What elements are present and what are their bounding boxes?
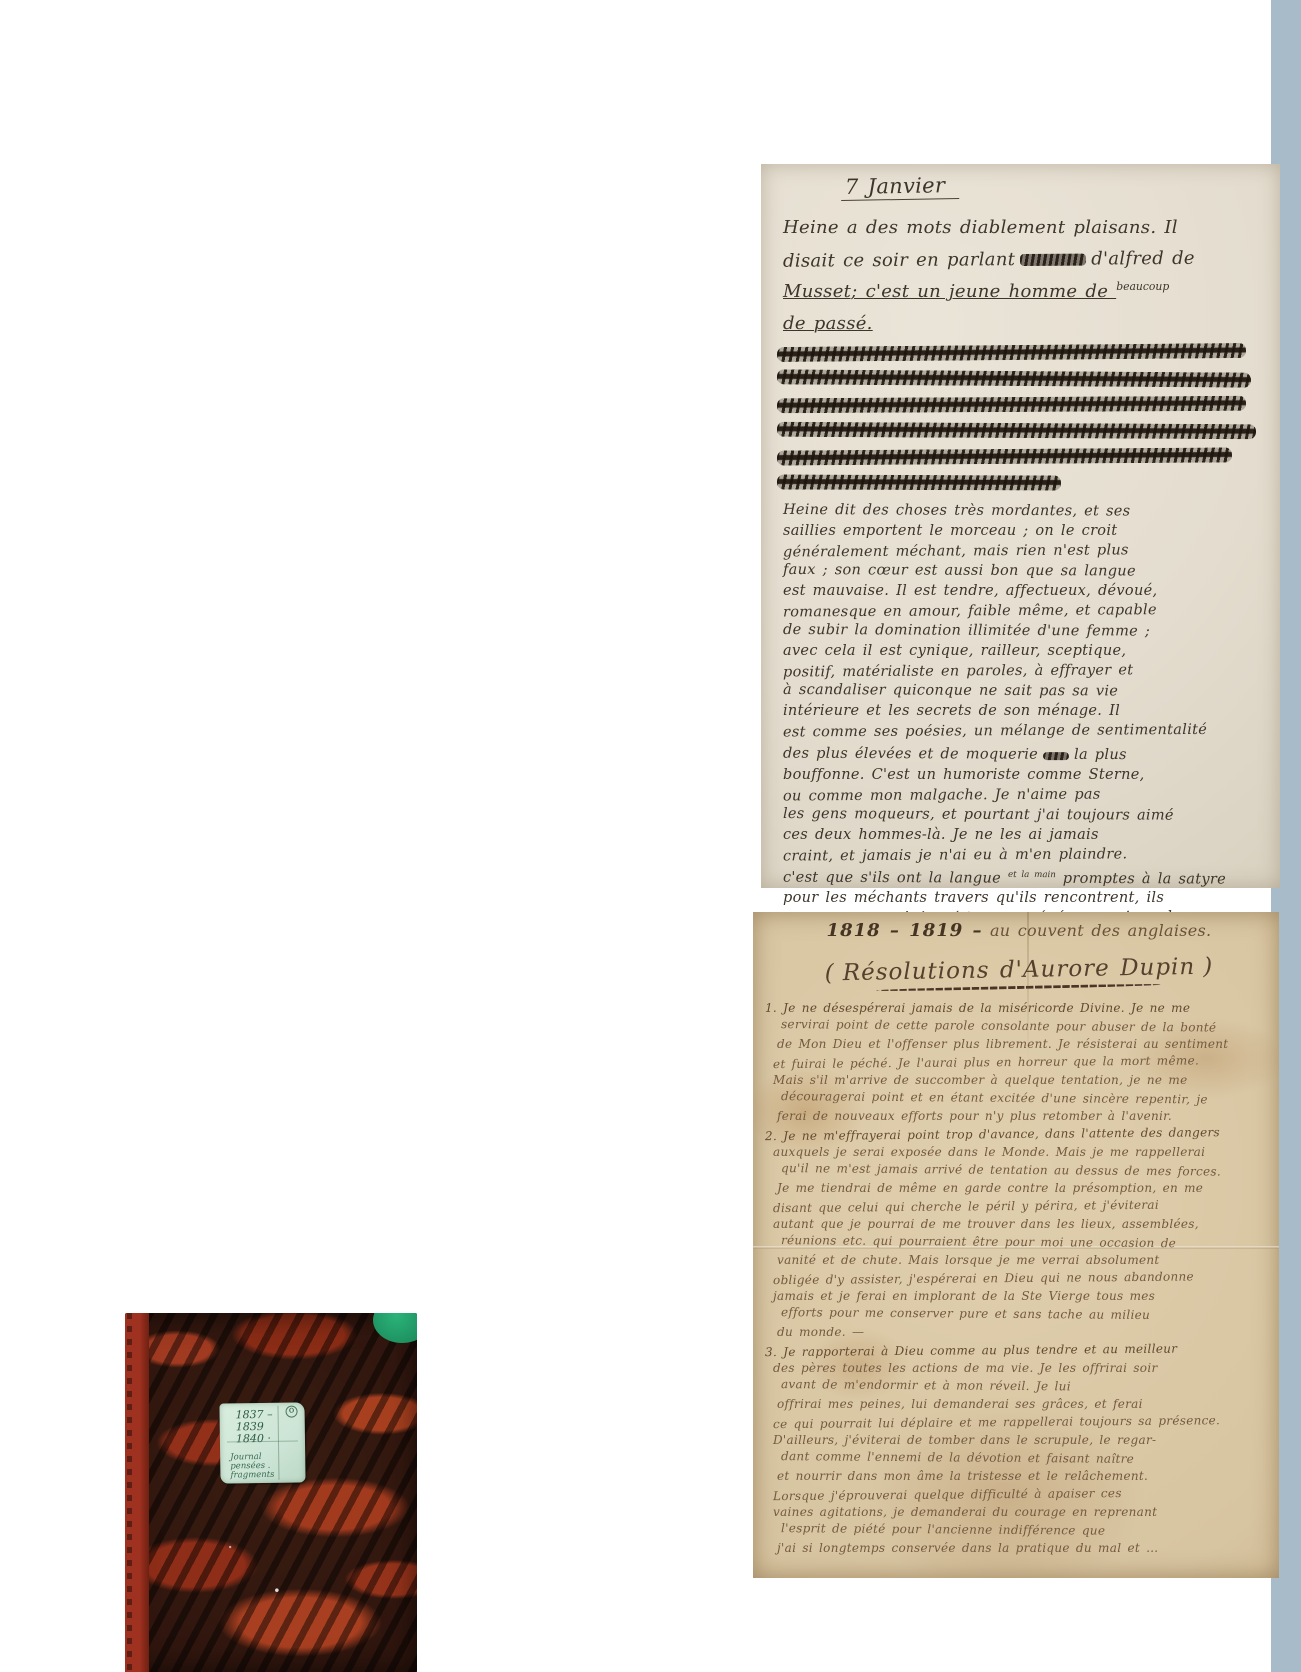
resolutions-body-line: Mais s'il m'arrive de succomber à quelqu… — [773, 1071, 1265, 1089]
resolutions-body-line: dant comme l'ennemi de la dévotion et fa… — [781, 1447, 1265, 1469]
scratched-line — [777, 475, 1061, 491]
resolutions-body-line: D'ailleurs, j'éviterai de tomber dans le… — [773, 1431, 1265, 1449]
resolutions-body-line: qu'il ne m'est jamais arrivé de tentatio… — [781, 1159, 1265, 1181]
journal-body-line: bouffonne. C'est un humoriste comme Ster… — [783, 765, 1266, 785]
label-caption-line: fragments — [230, 1470, 305, 1480]
journal-body-line: positif, matérialiste en paroles, à effr… — [783, 660, 1266, 683]
resolutions-body-line: efforts pour me conserver pure et sans t… — [781, 1303, 1265, 1325]
green-corner-mark — [373, 1313, 417, 1343]
resolutions-body-line: autant que je pourrai de me trouver dans… — [773, 1215, 1265, 1233]
notebook-cover-scan: o 1837 –18391840 · Journalpensées .fragm… — [125, 1313, 417, 1672]
resolutions-body: 1. Je ne désespérerai jamais de la misér… — [773, 999, 1265, 1557]
journal-date-heading: 7 Janvier — [841, 173, 960, 201]
resolutions-body-line: jamais et je ferai en implorant de la St… — [773, 1287, 1265, 1305]
label-caption: Journalpensées .fragments — [220, 1444, 305, 1480]
journal-body-line: craint, et jamais je n'ai eu à m'en plai… — [783, 843, 1266, 866]
journal-intro-line: Musset; c'est un jeune homme de beaucoup — [783, 273, 1266, 305]
resolutions-body-line: 3. Je rapporterai à Dieu comme au plus t… — [765, 1339, 1265, 1361]
journal-body-line: c'est que s'ils ont la langue et la main… — [783, 864, 1266, 890]
journal-body-line: généralement méchant, mais rien n'est pl… — [783, 540, 1266, 563]
resolutions-body-line: réunions etc. qui pourraient être pour m… — [781, 1231, 1265, 1253]
journal-body-line: faux ; son cœur est aussi bon que sa lan… — [783, 560, 1266, 582]
scratched-line — [777, 396, 1247, 413]
journal-body-line: de subir la domination illimitée d'une f… — [783, 620, 1266, 642]
journal-intro: Heine a des mots diablement plaisans. Il… — [783, 209, 1266, 337]
scratched-line — [777, 422, 1256, 440]
journal-body-line: des plus élevées et de moqueriela plus — [783, 740, 1266, 766]
scratched-line — [777, 369, 1251, 387]
journal-body-line: saillies emportent le morceau ; on le cr… — [783, 521, 1266, 541]
resolutions-body-line: vaines agitations, je demanderai du cour… — [773, 1503, 1265, 1521]
resolutions-body-line: 1. Je ne désespérerai jamais de la misér… — [765, 999, 1265, 1017]
journal-body-line: ou comme mon malgache. Je n'aime pas — [783, 783, 1266, 806]
journal-body-line: avec cela il est cynique, railleur, scep… — [783, 641, 1266, 661]
resolutions-body-line: découragerai point et en étant excitée d… — [781, 1087, 1265, 1109]
resolutions-header: 1818 – 1819 – au couvent des anglaises. — [773, 920, 1265, 941]
resolutions-body-line: de Mon Dieu et l'offenser plus librement… — [777, 1035, 1265, 1053]
resolutions-body-line: 2. Je ne m'effrayerai point trop d'avanc… — [765, 1123, 1265, 1145]
resolutions-body-line: et nourrir dans mon âme la tristesse et … — [777, 1467, 1265, 1485]
journal-intro-line: Heine a des mots diablement plaisans. Il — [783, 209, 1266, 241]
cover-label: o 1837 –18391840 · Journalpensées .fragm… — [219, 1402, 305, 1483]
scratched-line — [777, 343, 1247, 362]
resolutions-title: Résolutions d'Aurore Dupin — [773, 953, 1265, 988]
resolutions-body-line: servirai point de cette parole consolant… — [781, 1015, 1265, 1037]
resolutions-body-line: avant de m'endormir et à mon réveil. Je … — [781, 1375, 1265, 1397]
ink-blot — [1043, 752, 1069, 760]
resolutions-body-line: vanité et de chute. Mais lorsque je me v… — [777, 1251, 1265, 1269]
resolutions-body-line: Lorsque j'éprouverai quelque difficulté … — [773, 1483, 1265, 1505]
resolutions-header-years: 1818 – 1819 – — [827, 920, 983, 941]
journal-body-line: ces deux hommes-là. Je ne les ai jamais — [783, 825, 1266, 845]
journal-body-line: est mauvaise. Il est tendre, affectueux,… — [783, 581, 1266, 601]
resolutions-body-line: Je me tiendrai de même en garde contre l… — [777, 1179, 1265, 1197]
resolutions-body-line: offrirai mes peines, lui demanderai ses … — [777, 1395, 1265, 1413]
journal-intro-line: de passé. — [783, 305, 1266, 337]
resolutions-body-line: l'esprit de piété pour l'ancienne indiff… — [781, 1519, 1265, 1541]
journal-body-line: pour les méchants travers qu'ils rencont… — [783, 888, 1266, 908]
journal-body-line: Heine dit des choses très mordantes, et … — [783, 500, 1266, 522]
cover-spine — [125, 1313, 149, 1672]
journal-body-line: intérieure et les secrets de son ménage.… — [783, 701, 1266, 721]
resolutions-body-line: des pères toutes les actions de ma vie. … — [773, 1359, 1265, 1377]
journal-body: Heine dit des choses très mordantes, et … — [783, 501, 1266, 928]
label-circle-mark: o — [285, 1406, 297, 1418]
resolutions-body-line: ce qui pourrait lui déplaire et me rappe… — [773, 1411, 1265, 1433]
catalog-page: 7 Janvier Heine a des mots diablement pl… — [0, 0, 1301, 1672]
resolutions-body-line: obligée d'y assister, j'espérerai en Die… — [773, 1267, 1265, 1289]
journal-body-line: les gens moqueurs, et pourtant j'ai touj… — [783, 804, 1266, 826]
ink-blot — [1020, 254, 1086, 266]
resolutions-body-line: disant que celui qui cherche le péril y … — [773, 1195, 1265, 1217]
journal-body-line: est comme ses poésies, un mélange de sen… — [783, 720, 1266, 743]
resolutions-body-line: j'ai si longtemps conservée dans la prat… — [777, 1539, 1265, 1557]
resolutions-manuscript-scan: 1818 – 1819 – au couvent des anglaises. … — [753, 912, 1279, 1578]
journal-intro-line: disait ce soir en parlantd'alfred de — [783, 239, 1266, 274]
scratched-out-block — [777, 345, 1266, 490]
resolutions-body-line: ferai de nouveaux efforts pour n'y plus … — [777, 1107, 1265, 1125]
resolutions-body-line: auxquels je serai exposée dans le Monde.… — [773, 1143, 1265, 1161]
resolutions-header-location: au couvent des anglaises. — [990, 921, 1212, 940]
scratched-line — [777, 447, 1232, 465]
journal-manuscript-scan: 7 Janvier Heine a des mots diablement pl… — [761, 164, 1280, 888]
label-date-line: 1840 · — [236, 1432, 305, 1445]
resolutions-body-line: du monde. — — [777, 1323, 1265, 1341]
resolutions-body-line: et fuirai le péché. Je l'aurai plus en h… — [773, 1051, 1265, 1073]
journal-body-line: à scandaliser quiconque ne sait pas sa v… — [783, 680, 1266, 702]
journal-body-line: romanesque en amour, faible même, et cap… — [783, 600, 1266, 623]
